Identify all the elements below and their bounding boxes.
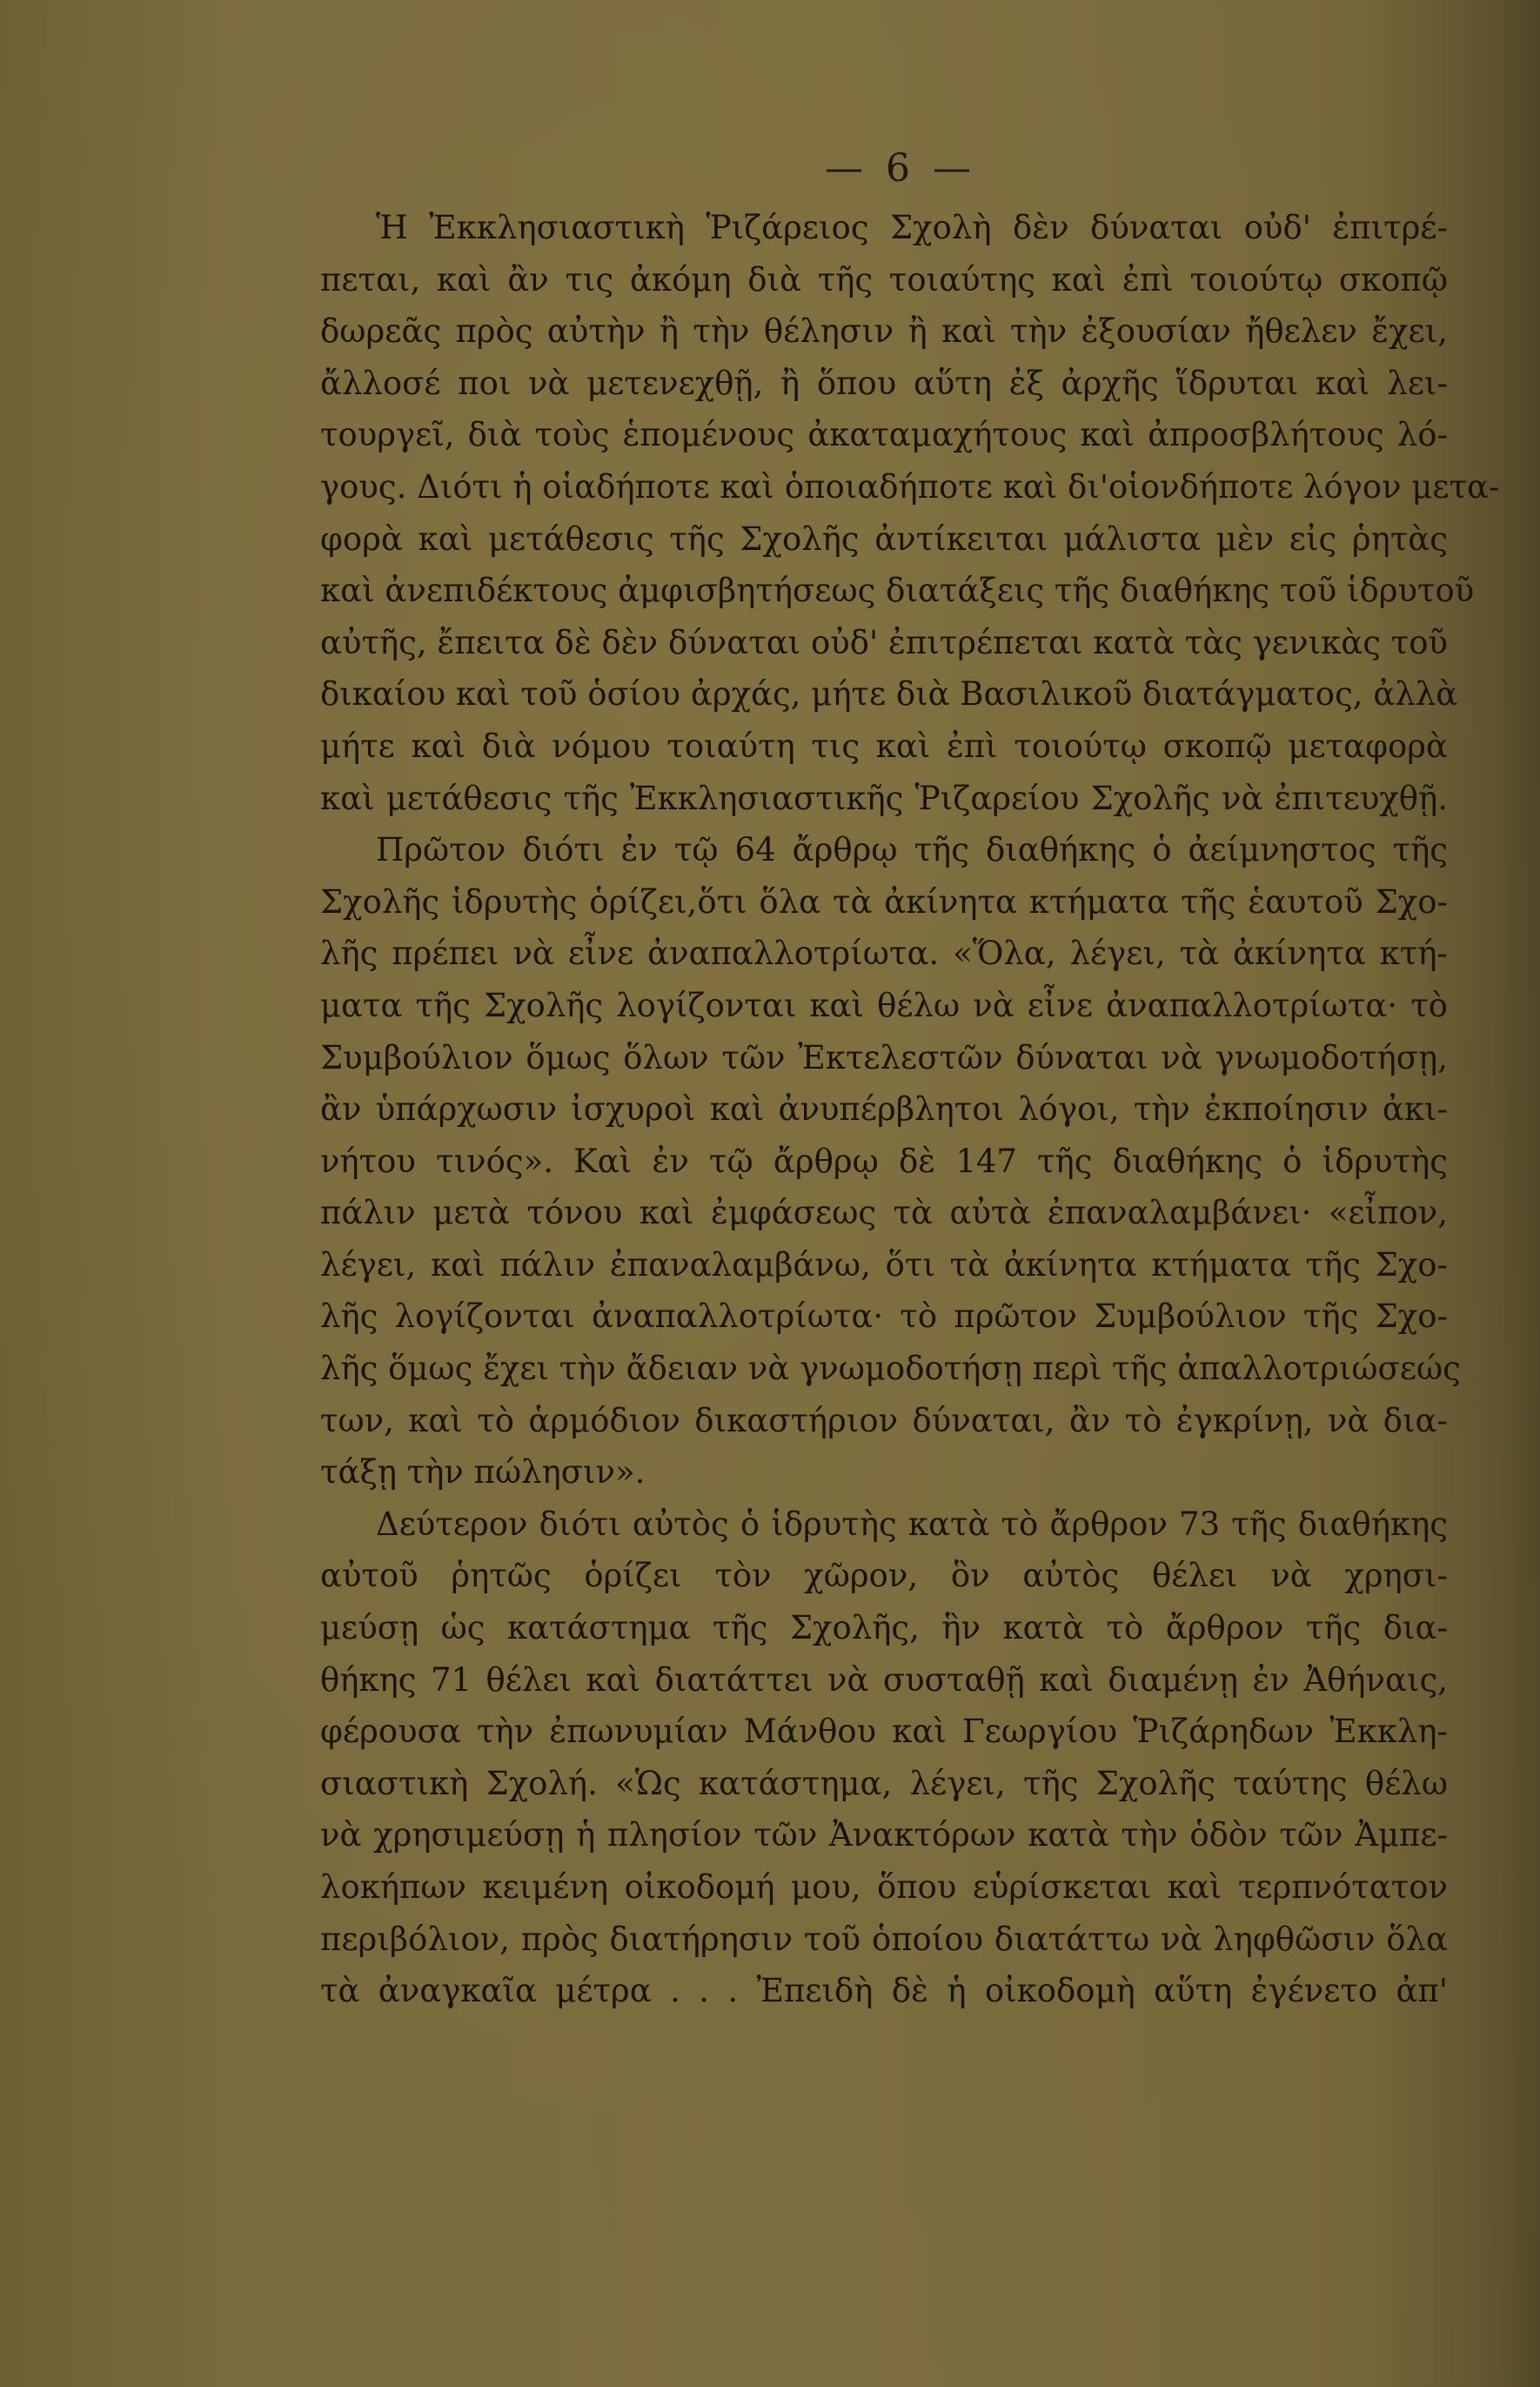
text-line: νήτου τινός». Καὶ ἐν τῷ ἄρθρῳ δὲ 147 τῆς… <box>320 1136 1448 1188</box>
text-line: μήτε καὶ διὰ νόμου τοιαύτη τις καὶ ἐπὶ τ… <box>320 721 1448 773</box>
text-line: θήκης 71 θέλει καὶ διατάττει νὰ συσταθῇ … <box>320 1654 1448 1706</box>
paragraph: Ἡ Ἐκκλησιαστικὴ Ῥιζάρειος Σχολὴ δὲν δύνα… <box>320 202 1448 824</box>
text-line: Ἡ Ἐκκλησιαστικὴ Ῥιζάρειος Σχολὴ δὲν δύνα… <box>320 202 1448 254</box>
text-line: των, καὶ τὸ ἁρμόδιον δικαστήριον δύναται… <box>320 1395 1448 1447</box>
text-line: ματα τῆς Σχολῆς λογίζονται καὶ θέλω νὰ ε… <box>320 980 1448 1032</box>
text-line: καὶ μετάθεσις τῆς Ἐκκλησιαστικῆς Ῥιζαρεί… <box>320 773 1448 825</box>
text-line: Σχολῆς ἱδρυτὴς ὁρίζει,ὅτι ὅλα τὰ ἀκίνητα… <box>320 876 1448 929</box>
text-line: λῆς λογίζονται ἀναπαλλοτρίωτα· τὸ πρῶτον… <box>320 1291 1448 1343</box>
text-line: Πρῶτον διότι ἐν τῷ 64 ἄρθρῳ τῆς διαθήκης… <box>320 824 1448 876</box>
text-line: τάξῃ τὴν πώλησιν». <box>320 1446 1448 1499</box>
text-line: λέγει, καὶ πάλιν ἐπαναλαμβάνω, ὅτι τὰ ἀκ… <box>320 1239 1448 1291</box>
text-line: περιβόλιον, πρὸς διατήρησιν τοῦ ὁποίου δ… <box>320 1914 1448 1966</box>
text-line: δικαίου καὶ τοῦ ὁσίου ἀρχάς, μήτε διὰ Βα… <box>320 668 1448 721</box>
text-line: πεται, καὶ ἂν τις ἀκόμη διὰ τῆς τοιαύτης… <box>320 254 1448 306</box>
text-line: τουργεῖ, διὰ τοὺς ἑπομένους ἀκαταμαχήτου… <box>320 409 1448 461</box>
text-line: λῆς ὅμως ἔχει τὴν ἄδειαν νὰ γνωμοδοτήσῃ … <box>320 1343 1448 1395</box>
text-line: λοκήπων κειμένη οἰκοδομή μου, ὅπου εὑρίσ… <box>320 1861 1448 1914</box>
text-line: αὐτῆς, ἔπειτα δὲ δὲν δύναται οὐδ' ἐπιτρέ… <box>320 617 1448 669</box>
text-line: μεύσῃ ὡς κατάστημα τῆς Σχολῆς, ἣν κατὰ τ… <box>320 1602 1448 1654</box>
text-line: Συμβούλιον ὅμως ὅλων τῶν Ἐκτελεστῶν δύνα… <box>320 1032 1448 1084</box>
text-line: σιαστικὴ Σχολή. «Ὡς κατάστημα, λέγει, τῆ… <box>320 1758 1448 1810</box>
text-line: αὐτοῦ ῥητῶς ὁρίζει τὸν χῶρον, ὃν αὐτὸς θ… <box>320 1550 1448 1602</box>
text-line: ἂν ὑπάρχωσιν ἰσχυροὶ καὶ ἀνυπέρβλητοι λό… <box>320 1083 1448 1136</box>
text-line: λῆς πρέπει νὰ εἶνε ἀναπαλλοτρίωτα. «Ὅλα,… <box>320 928 1448 980</box>
paragraph: Δεύτερον διότι αὐτὸς ὁ ἱδρυτὴς κατὰ τὸ ἄ… <box>320 1499 1448 2017</box>
text-line: πάλιν μετὰ τόνου καὶ ἐμφάσεως τὰ αὐτὰ ἐπ… <box>320 1187 1448 1239</box>
text-line: νὰ χρησιμεύσῃ ἡ πλησίον τῶν Ἀνακτόρων κα… <box>320 1809 1448 1861</box>
paragraph: Πρῶτον διότι ἐν τῷ 64 ἄρθρῳ τῆς διαθήκης… <box>320 824 1448 1499</box>
text-line: Δεύτερον διότι αὐτὸς ὁ ἱδρυτὴς κατὰ τὸ ἄ… <box>320 1499 1448 1551</box>
text-line: καὶ ἀνεπιδέκτους ἀμφισβητήσεως διατάξεις… <box>320 565 1448 617</box>
text-line: φορὰ καὶ μετάθεσις τῆς Σχολῆς ἀντίκειται… <box>320 513 1448 566</box>
text-line: ἄλλοσέ ποι νὰ μετενεχθῇ, ἢ ὅπου αὕτη ἐξ … <box>320 358 1448 410</box>
page-number: — 6 — <box>0 146 1540 191</box>
body-text: Ἡ Ἐκκλησιαστικὴ Ῥιζάρειος Σχολὴ δὲν δύνα… <box>320 202 1448 2017</box>
text-line: δωρεᾶς πρὸς αὐτὴν ἢ τὴν θέλησιν ἢ καὶ τὴ… <box>320 305 1448 358</box>
text-line: γους. Διότι ἡ οἱαδήποτε καὶ ὁποιαδήποτε … <box>320 461 1448 513</box>
text-line: τὰ ἀναγκαῖα μέτρα . . . Ἐπειδὴ δὲ ἡ οἰκο… <box>320 1965 1448 2017</box>
text-line: φέρουσα τὴν ἐπωνυμίαν Μάνθου καὶ Γεωργίο… <box>320 1706 1448 1758</box>
